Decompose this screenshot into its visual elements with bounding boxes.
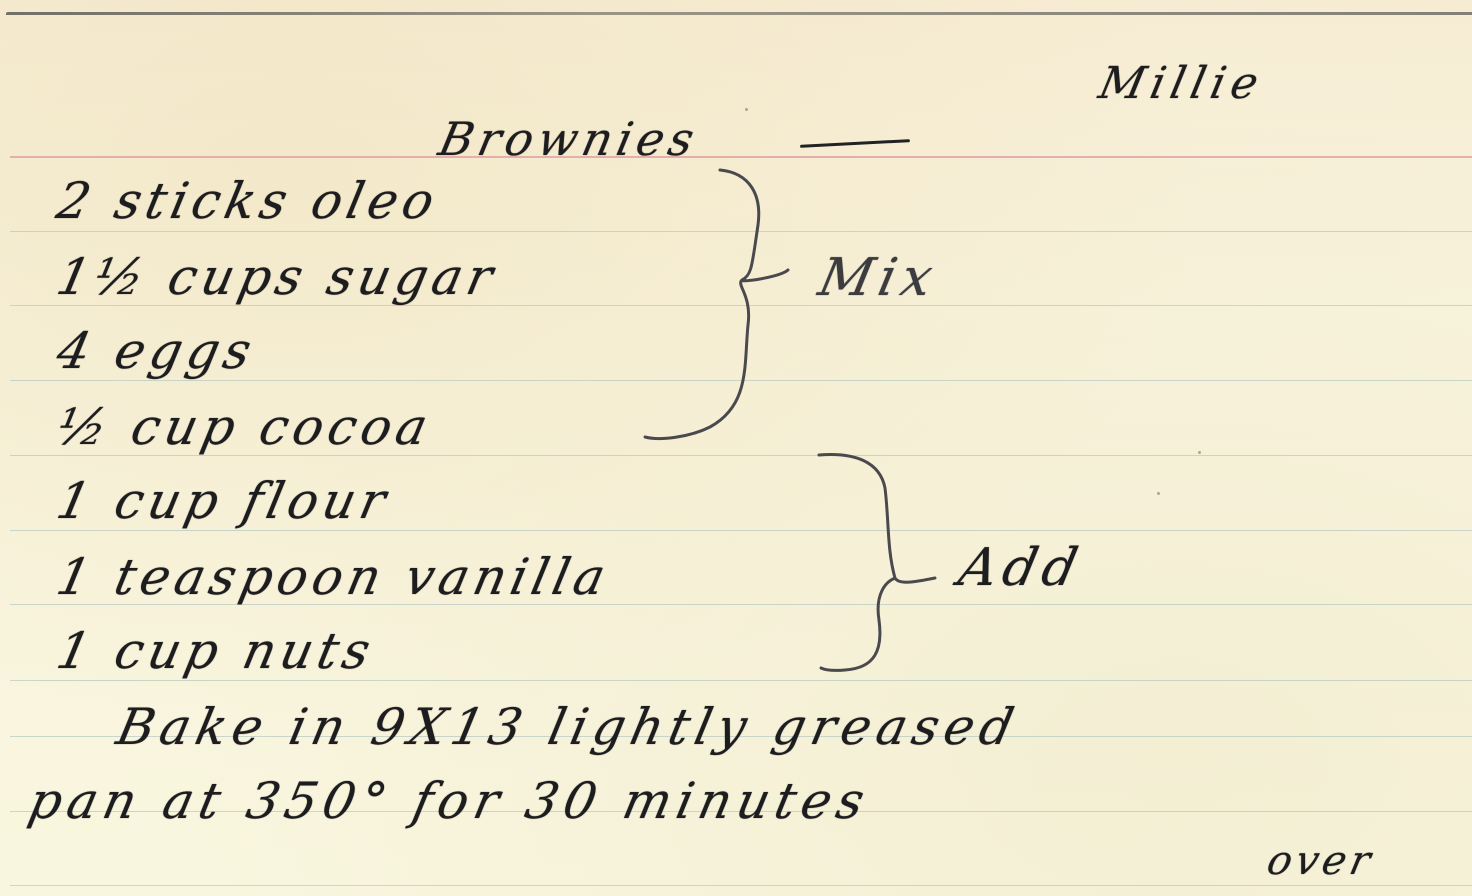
ingredient-item: 1½ cups sugar	[52, 248, 503, 306]
rule-line	[10, 885, 1472, 886]
ingredient-item: 1 cup flour	[52, 472, 396, 530]
ingredient-item: ½ cup cocoa	[52, 398, 438, 456]
paper-speck	[1198, 451, 1201, 454]
ingredient-item: 2 sticks oleo	[52, 172, 444, 230]
brace-mix-icon	[640, 165, 790, 450]
recipe-card: Millie Brownies 2 sticks oleo 1½ cups su…	[0, 0, 1472, 896]
paper-speck	[1157, 492, 1160, 495]
instruction-line: Bake in 9X13 lightly greased	[112, 698, 1025, 756]
card-top-edge	[6, 12, 1472, 15]
ingredient-item: 4 eggs	[52, 322, 261, 380]
header-rule-line	[10, 156, 1472, 158]
paper-speck	[745, 108, 748, 111]
author-name: Millie	[1095, 58, 1269, 109]
instruction-line: pan at 350° for 30 minutes	[24, 772, 875, 830]
add-instruction: Add	[954, 538, 1089, 598]
ingredient-item: 1 teaspoon vanilla	[52, 548, 616, 606]
continued-over-note: over	[1263, 838, 1378, 884]
rule-line	[10, 680, 1472, 681]
brace-add-icon	[815, 450, 955, 675]
mix-instruction: Mix	[814, 248, 944, 308]
rule-line	[10, 530, 1472, 531]
ingredient-item: 1 cup nuts	[52, 622, 380, 680]
title-flourish	[800, 139, 910, 148]
recipe-title: Brownies	[434, 112, 704, 166]
